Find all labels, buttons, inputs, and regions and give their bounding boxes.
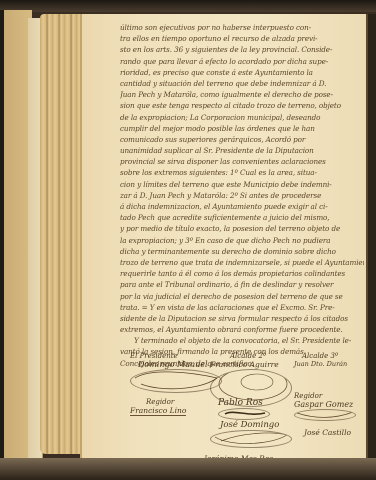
text-line: Y terminado el objeto de la convocatoria… bbox=[120, 335, 364, 346]
signature-flourish-icon bbox=[130, 369, 222, 393]
signature-flourish-icon bbox=[218, 408, 270, 420]
signature-title: Regidor bbox=[294, 392, 322, 400]
text-line: dicha y terminantemente su derecho de do… bbox=[120, 246, 364, 257]
text-line: cumplir del mejor modo posible las órden… bbox=[120, 123, 364, 134]
text-line: por la via judicial el derecho de posesi… bbox=[120, 291, 364, 302]
text-line: tra ellos en tiempo oportuno el recurso … bbox=[120, 33, 364, 44]
text-line: para ante el Tribunal ordinario, á fin d… bbox=[120, 279, 364, 290]
text-line: comunicado sus superiores gerárquicos, A… bbox=[120, 134, 364, 145]
signature-jose-domingo: José Domingo bbox=[210, 420, 292, 448]
scanned-ledger: último son ejecutivos por no haberse int… bbox=[0, 0, 376, 480]
signature-name: José Castillo bbox=[304, 428, 351, 437]
text-line: trata. = Y en vista de las aclaraciones … bbox=[120, 302, 364, 313]
text-line: rioridad, es preciso que conste á este A… bbox=[120, 67, 364, 78]
signature-flourish-icon bbox=[294, 409, 356, 421]
text-line: zar á D. Juan Pech y Mataróla: 2º Si ant… bbox=[120, 190, 364, 201]
signature-name: Pablo Ros bbox=[218, 398, 263, 408]
text-line: último son ejecutivos por no haberse int… bbox=[120, 22, 364, 33]
signature-name: Francisco Lino bbox=[130, 406, 186, 416]
signature-title: Alcalde 3º bbox=[294, 352, 338, 360]
signature-name: Gaspar Gomez bbox=[294, 400, 353, 409]
text-line: requerirle tanto á él como á los demás p… bbox=[120, 268, 364, 279]
signature-pablo: Pablo Ros bbox=[218, 398, 270, 420]
text-line: Juan Pech y Mataróla, como igualmente el… bbox=[120, 89, 364, 100]
text-line: tado Pech que acredite suficientemente a… bbox=[120, 212, 364, 223]
signature-presidente: El Presidente Domingo Manuel bbox=[130, 352, 222, 393]
manuscript-page: último son ejecutivos por no haberse int… bbox=[80, 14, 370, 460]
text-line: sion que este tenga respecto al citado t… bbox=[120, 100, 364, 111]
signature-name: Francisco Aguirre bbox=[210, 360, 279, 369]
text-line: extremos, el Ayuntamiento obrará conform… bbox=[120, 324, 364, 335]
signature-name: Juan Dto. Durán bbox=[294, 360, 347, 368]
text-line: á dicha indemnizacion, el Ayuntamiento p… bbox=[120, 201, 364, 212]
text-line: sidente de la Diputacion se sirva formul… bbox=[120, 313, 364, 324]
text-line: rando que para llevar á efecto lo acorda… bbox=[120, 56, 364, 67]
text-line: cion y límites del terreno que este Muni… bbox=[120, 179, 364, 190]
signature-regidor-1: Regidor Francisco Lino bbox=[130, 398, 186, 415]
signature-name: José Domingo bbox=[210, 420, 279, 430]
signature-castillo: José Castillo bbox=[304, 428, 351, 437]
text-line: sobre los extremos siguientes: 1º Cual e… bbox=[120, 167, 364, 178]
text-line: provincial se sirva disponer las conveni… bbox=[120, 156, 364, 167]
text-line: sto en los arts. 36 y siguientes de la l… bbox=[120, 44, 364, 55]
scanner-bottom-edge bbox=[0, 458, 376, 480]
manuscript-body: último son ejecutivos por no haberse int… bbox=[120, 22, 364, 369]
text-line: y por medio de título exacto, la posesio… bbox=[120, 223, 364, 234]
page-stack-edges bbox=[40, 14, 82, 454]
signature-title: El Presidente bbox=[130, 352, 178, 360]
signature-flourish-icon bbox=[210, 430, 292, 448]
text-line: de la expropiacion; La Corporacion munic… bbox=[120, 112, 364, 123]
signature-title: Alcalde 2º bbox=[210, 352, 266, 360]
text-line: unanimidad suplicar al Sr. Presidente de… bbox=[120, 145, 364, 156]
signature-regidor-2: Regidor Gaspar Gomez bbox=[294, 392, 356, 421]
signature-title: Regidor bbox=[130, 398, 174, 406]
page-outer-edge bbox=[368, 14, 376, 460]
scanner-top-edge bbox=[0, 0, 376, 12]
signature-alcalde-3: Alcalde 3º Juan Dto. Durán bbox=[294, 352, 347, 368]
signature-name: Domingo Manuel bbox=[130, 360, 208, 369]
text-line: trozo de terreno que trata de indemnizar… bbox=[120, 257, 364, 268]
text-line: cantidad y situación del terreno que deb… bbox=[120, 78, 364, 89]
text-line: la expropiacion; y 3º En caso de que dic… bbox=[120, 235, 364, 246]
